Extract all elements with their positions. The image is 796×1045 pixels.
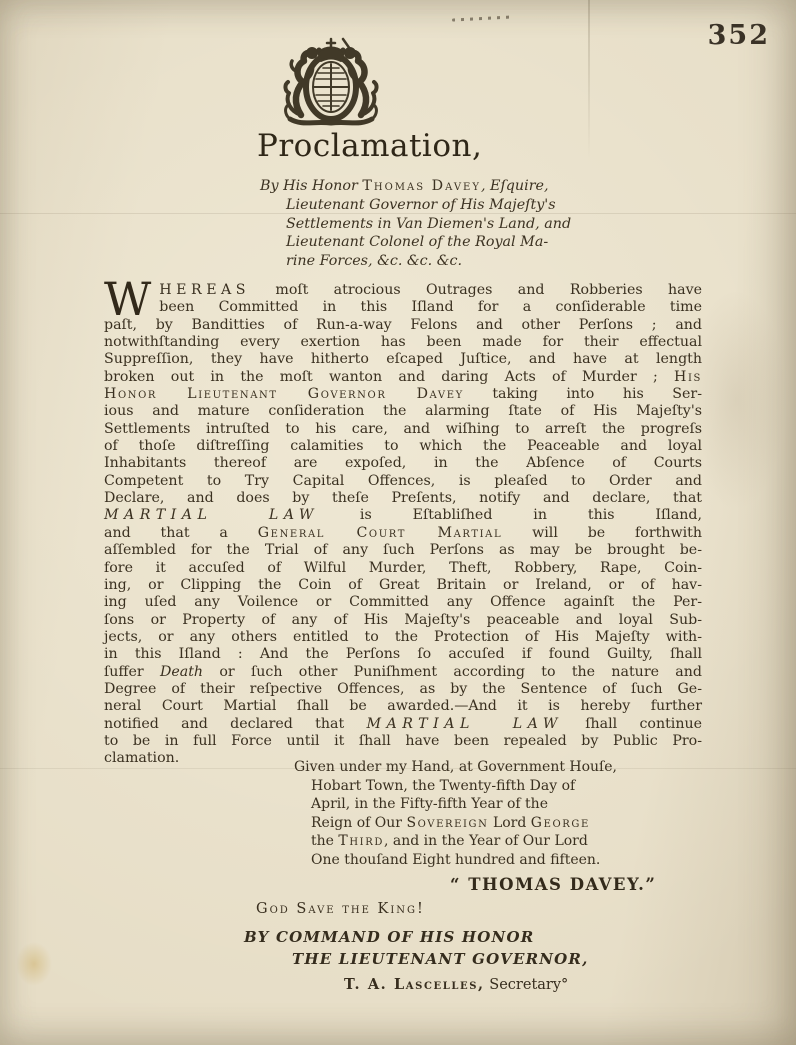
- text-line: in this Iſland : And the Perſons ſo accu…: [104, 646, 702, 663]
- proclamation-page: 352: [0, 0, 796, 1045]
- text-line: fore it accuſed of Wilful Murder, Theft,…: [104, 560, 702, 577]
- dateline-block: Given under my Hand, at Government Houſe…: [294, 758, 674, 870]
- text-line: ing uſed any Voilence or Committed any O…: [104, 594, 702, 611]
- text-line: paſt, by Banditties of Run-a-way Felons …: [104, 317, 702, 334]
- body-paragraph: W HEREAS moſt atrocious Outrages and Rob…: [104, 282, 702, 768]
- secretary-line: T. A. Lascelles, Secretary°: [344, 976, 568, 993]
- royal-coat-of-arms-icon: [268, 34, 394, 132]
- text-line: notified and declared that MARTIAL LAW ſ…: [104, 716, 702, 733]
- text-line: notwithſtanding every exertion has been …: [104, 334, 702, 351]
- text-line: One thouſand Eight hundred and fifteen.: [311, 851, 674, 870]
- text-line: neral Court Martial ſhall be awarded.—An…: [104, 698, 702, 715]
- dropcap-w: W: [104, 283, 151, 316]
- proclamation-title: Proclamation,: [257, 128, 482, 164]
- text-line: Degree of their reſpective Offences, as …: [104, 681, 702, 698]
- text-line: to be in full Force until it ſhall have …: [104, 733, 702, 750]
- text-line: rine Forces, &c. &c. &c.: [286, 252, 670, 271]
- text-line: By His Honor Thomas Davey, Eſquire,: [260, 177, 670, 196]
- text-line: HEREAS moſt atrocious Outrages and Robbe…: [104, 282, 702, 299]
- text-line: ious and mature conſideration the alarmi…: [104, 403, 702, 420]
- text-line: of thoſe diſtreſſing calamities to which…: [104, 438, 702, 455]
- royal-coat-of-arms-graphic: [268, 34, 394, 132]
- text-line: ing, or Clipping the Coin of Great Brita…: [104, 577, 702, 594]
- text-line: Declare, and does by theſe Preſents, not…: [104, 490, 702, 507]
- text-line: been Committed in this Iſland for a conſ…: [104, 299, 702, 316]
- text-line: ſons or Property of any of His Majeſty's…: [104, 612, 702, 629]
- paper-stain: [16, 942, 52, 986]
- text-line: Given under my Hand, at Government Houſe…: [294, 758, 674, 777]
- text-line: April, in the Fifty-fifth Year of the: [311, 795, 674, 814]
- vertical-crease: [588, 0, 590, 160]
- ink-dash-mark: [452, 15, 512, 21]
- text-line: and that a General Court Martial will be…: [104, 525, 702, 542]
- text-line: Lieutenant Colonel of the Royal Ma-: [286, 233, 670, 252]
- text-line: aſſembled for the Trial of any ſuch Perſ…: [104, 542, 702, 559]
- signature: “ THOMAS DAVEY.”: [450, 875, 656, 894]
- text-line: Lieutenant Governor of His Majeſty's: [286, 196, 670, 215]
- subtitle-block: By His Honor Thomas Davey, Eſquire,Lieut…: [260, 177, 670, 271]
- text-line: ſuffer Death or ſuch other Puniſhment ac…: [104, 664, 702, 681]
- page-number: 352: [708, 20, 770, 51]
- text-line: MARTIAL LAW is Eſtabliſhed in this Iſlan…: [104, 507, 702, 524]
- text-line: jects, or any others entitled to the Pro…: [104, 629, 702, 646]
- text-line: Honor Lieutenant Governor Davey taking i…: [104, 386, 702, 403]
- text-line: Competent to Try Capital Offences, is pl…: [104, 473, 702, 490]
- text-line: Settlements intruſted to his care, and w…: [104, 421, 702, 438]
- secretary-title: Secretary°: [485, 977, 569, 993]
- god-save-the-king: God Save the King!: [256, 901, 425, 917]
- text-line: the Third, and in the Year of Our Lord: [311, 832, 674, 851]
- by-command-line-1: BY COMMAND OF HIS HONOR: [244, 928, 534, 946]
- secretary-name: T. A. Lascelles,: [344, 976, 485, 993]
- text-line: Inhabitants thereof are expoſed, in the …: [104, 455, 702, 472]
- text-line: Reign of Our Sovereign Lord George: [311, 814, 674, 833]
- by-command-line-2: THE LIEUTENANT GOVERNOR,: [292, 950, 589, 968]
- text-line: Suppreſſion, they have hitherto eſcaped …: [104, 351, 702, 368]
- text-line: Settlements in Van Diemen's Land, and: [286, 215, 670, 234]
- text-line: Hobart Town, the Twenty-fifth Day of: [311, 777, 674, 796]
- text-line: broken out in the moſt wanton and daring…: [104, 369, 702, 386]
